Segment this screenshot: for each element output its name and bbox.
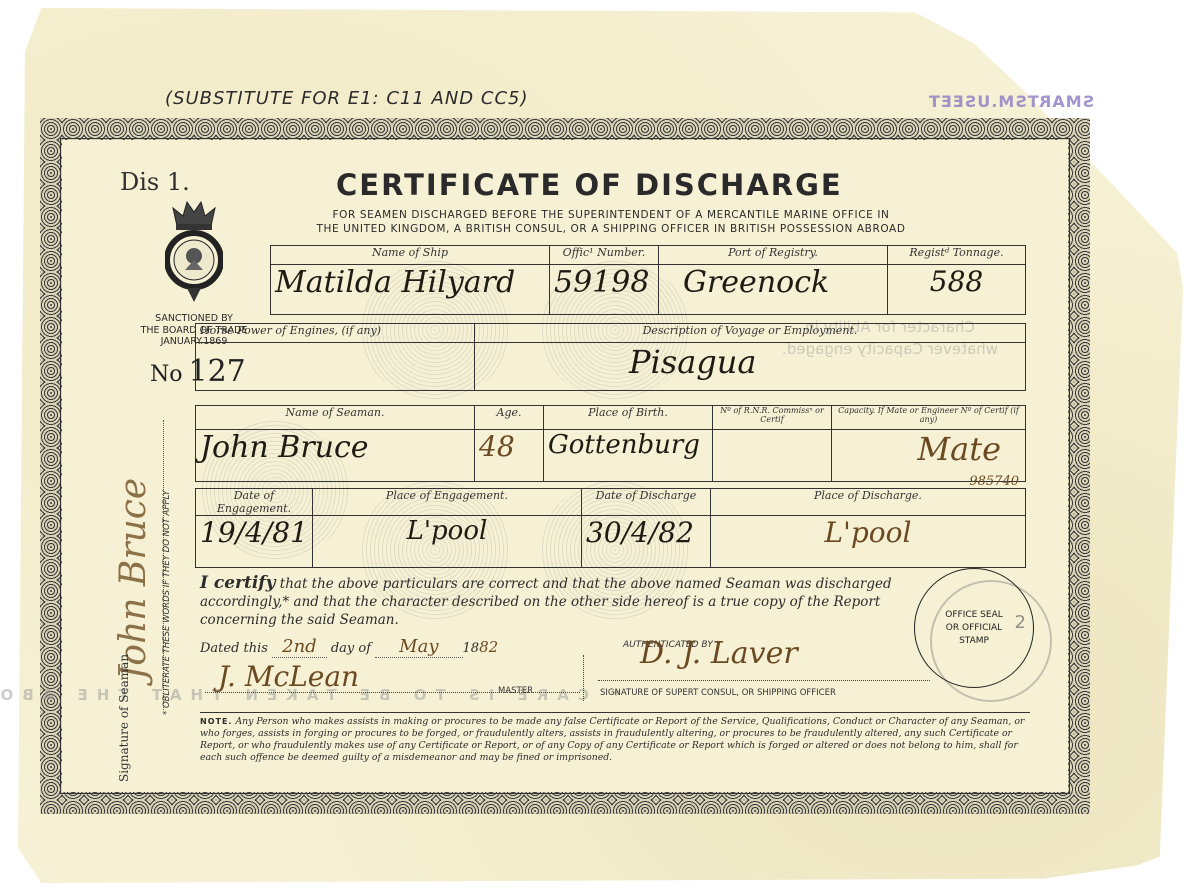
master-signature: J. McLean xyxy=(218,660,359,693)
age-value: 48 xyxy=(479,430,515,463)
capacity-label: Capacity. If Mate or Engineer Nº of Cert… xyxy=(836,406,1021,424)
birthplace-label: Place of Birth. xyxy=(548,406,708,419)
dated-day: 2nd xyxy=(272,636,327,658)
dated-line: Dated this 2nd day of May1882 xyxy=(200,636,498,657)
crown-crest-icon xyxy=(165,198,223,308)
dated-year: 82 xyxy=(479,638,498,656)
voyage-description-value: Pisagua xyxy=(479,343,756,381)
port-registry-value: Greenock xyxy=(663,265,829,300)
substitute-note: (SUBSTITUTE FOR E1: C11 AND CC5) xyxy=(165,88,529,109)
legal-note: NOTE. Any Person who makes assists in ma… xyxy=(200,712,1030,764)
horse-power-label: Horse Power of Engines, (if any) xyxy=(200,324,470,337)
capacity-note: 985740 xyxy=(969,474,1019,489)
purple-ink-stamp: SMARTSM.USEET xyxy=(928,92,1094,111)
seaman-name-label: Name of Seaman. xyxy=(200,406,470,419)
subtitle-line-2: THE UNITED KINGDOM, A BRITISH CONSUL, OR… xyxy=(226,222,996,236)
birthplace-value: Gottenburg xyxy=(548,430,700,460)
voyage-table: Horse Power of Engines, (if any) Descrip… xyxy=(195,323,1026,391)
capacity-value: Mate xyxy=(917,430,1021,468)
obliterate-note: * OBLITERATE THESE WORDS IF THEY DO NOT … xyxy=(162,415,177,715)
seaman-signature-margin: John Bruce xyxy=(113,360,163,680)
age-label: Age. xyxy=(479,406,539,419)
officer-label: SIGNATURE OF SUPERT CONSUL, OR SHIPPING … xyxy=(600,688,836,698)
officer-signature-line xyxy=(598,680,930,681)
date-engagement-label: Date of Engagement. xyxy=(200,489,308,515)
office-seal-stamp: OFFICE SEAL OR OFFICIAL STAMP xyxy=(914,568,1034,688)
place-discharge-value: L'pool xyxy=(825,516,912,549)
date-discharge-value: 30/4/82 xyxy=(586,516,694,549)
note-label: NOTE. xyxy=(200,717,232,726)
form-code: Dis 1. xyxy=(120,168,190,196)
date-discharge-label: Date of Discharge xyxy=(586,489,706,502)
tonnage-value: 588 xyxy=(930,265,983,298)
official-number-label: Offic¹ Number. xyxy=(554,246,654,259)
ship-name-label: Name of Ship xyxy=(275,246,545,259)
ship-name-value: Matilda Hilyard xyxy=(275,265,515,300)
seaman-name-value: John Bruce xyxy=(200,430,369,465)
subtitle-line-1: FOR SEAMEN DISCHARGED BEFORE THE SUPERIN… xyxy=(226,208,996,222)
subtitle: FOR SEAMEN DISCHARGED BEFORE THE SUPERIN… xyxy=(226,208,996,236)
certification-text: I certify that the above particulars are… xyxy=(200,574,920,629)
reverse-side-banner: * CARE IS TO BE TAKEN THAT THE ABOVE CIR… xyxy=(120,686,620,704)
signature-of-seaman-label: Signature of Seaman xyxy=(118,652,158,782)
engagement-table: Date of Engagement. Place of Engagement.… xyxy=(195,488,1026,568)
rnr-label: Nº of R.N.R. Commissⁿ or Certif xyxy=(717,406,827,424)
tonnage-label: Registᵈ Tonnage. xyxy=(892,246,1021,259)
master-label: MASTER xyxy=(498,686,533,696)
ship-details-table: Name of Ship Offic¹ Number. Port of Regi… xyxy=(270,245,1026,315)
place-engagement-value: L'pool xyxy=(407,516,488,546)
note-text: Any Person who makes assists in making o… xyxy=(200,716,1024,763)
page-title: CERTIFICATE OF DISCHARGE xyxy=(336,168,843,202)
voyage-description-label: Description of Voyage or Employment. xyxy=(479,324,1021,337)
port-registry-label: Port of Registry. xyxy=(663,246,883,259)
dated-month: May xyxy=(375,636,462,658)
date-engagement-value: 19/4/81 xyxy=(200,516,308,549)
official-number-value: 59198 xyxy=(554,265,649,300)
seaman-details-table: Name of Seaman. Age. Place of Birth. Nº … xyxy=(195,405,1026,482)
officer-signature: D. J. Laver xyxy=(640,636,798,671)
place-discharge-label: Place of Discharge. xyxy=(715,489,1021,502)
certify-body: that the above particulars are correct a… xyxy=(200,576,892,628)
certify-lead: I certify xyxy=(200,573,276,593)
place-engagement-label: Place of Engagement. xyxy=(317,489,577,502)
signature-divider xyxy=(583,655,584,701)
